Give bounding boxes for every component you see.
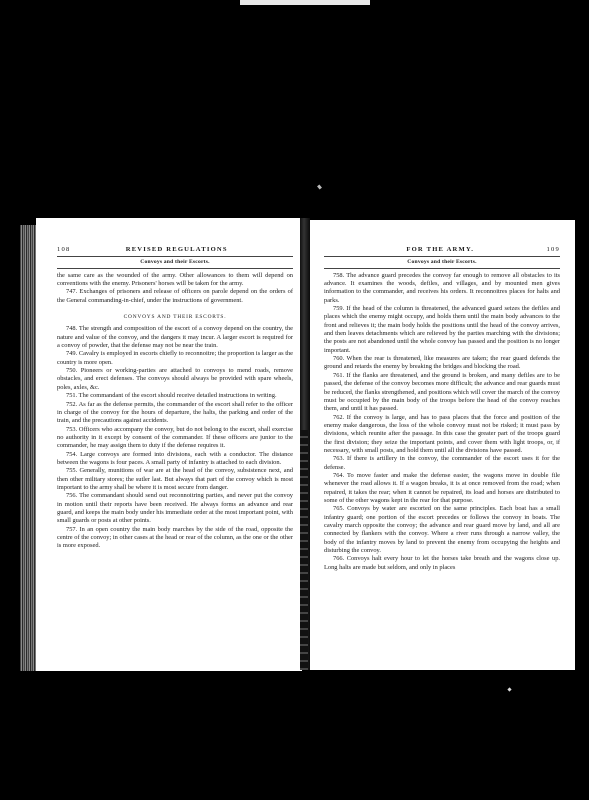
header-rule bbox=[324, 256, 560, 257]
section-title: CONVOYS AND THEIR ESCORTS. bbox=[57, 313, 293, 321]
right-page: FOR THE ARMY. 109 Convoys and their Esco… bbox=[310, 220, 575, 670]
header-rule bbox=[57, 256, 293, 257]
right-running-title: FOR THE ARMY. bbox=[334, 246, 547, 254]
paragraph-747: 747. Exchanges of prisoners and release … bbox=[57, 288, 293, 305]
paragraph-750: 750. Pioneers or working-parties are att… bbox=[57, 367, 293, 392]
subhead-rule bbox=[57, 268, 293, 269]
paragraph-762: 762. If the convoy is large, and has to … bbox=[324, 414, 560, 456]
dust-speck bbox=[507, 687, 511, 691]
right-running-head: FOR THE ARMY. 109 bbox=[324, 246, 560, 254]
continued-paragraph: the same care as the wounded of the army… bbox=[57, 272, 293, 289]
left-running-head: 108 REVISED REGULATIONS bbox=[57, 246, 293, 254]
paragraph-754: 754. Large convoys are formed into divis… bbox=[57, 451, 293, 468]
paragraph-752: 752. As far as the defense permits, the … bbox=[57, 401, 293, 426]
paragraph-755: 755. Generally, munitions of war are at … bbox=[57, 467, 293, 492]
paragraph-766: 766. Convoys halt every hour to let the … bbox=[324, 555, 560, 572]
paragraph-764: 764. To move faster and make the defense… bbox=[324, 472, 560, 505]
paragraph-751: 751. The commandant of the escort should… bbox=[57, 392, 293, 400]
paragraph-763: 763. If there is artillery in the convoy… bbox=[324, 455, 560, 472]
right-binding-edge bbox=[300, 430, 308, 670]
paragraph-759: 759. If the head of the column is threat… bbox=[324, 305, 560, 355]
left-page-edge bbox=[20, 225, 36, 671]
paragraph-765: 765. Convoys by water are escorted on th… bbox=[324, 505, 560, 555]
paragraph-761: 761. If the flanks are threatened, and t… bbox=[324, 372, 560, 414]
left-page: 108 REVISED REGULATIONS Convoys and thei… bbox=[36, 218, 302, 671]
paragraph-748: 748. The strength and composition of the… bbox=[57, 325, 293, 350]
paragraph-756: 756. The commandant should send out reco… bbox=[57, 492, 293, 525]
right-subhead: Convoys and their Escorts. bbox=[324, 258, 560, 266]
left-subhead: Convoys and their Escorts. bbox=[57, 258, 293, 266]
paragraph-758: 758. The advance guard precedes the conv… bbox=[324, 272, 560, 305]
paragraph-757: 757. In an open country the main body ma… bbox=[57, 526, 293, 551]
left-running-title: REVISED REGULATIONS bbox=[71, 246, 284, 254]
paragraph-753: 753. Officers who accompany the convoy, … bbox=[57, 426, 293, 451]
right-page-number: 109 bbox=[547, 246, 561, 254]
subhead-rule bbox=[324, 268, 560, 269]
paragraph-760: 760. When the rear is threatened, like m… bbox=[324, 355, 560, 372]
dust-speck bbox=[317, 185, 322, 190]
left-page-number: 108 bbox=[57, 246, 71, 254]
paragraph-749: 749. Cavalry is employed in escorts chie… bbox=[57, 350, 293, 367]
top-edge-strip bbox=[240, 0, 370, 5]
